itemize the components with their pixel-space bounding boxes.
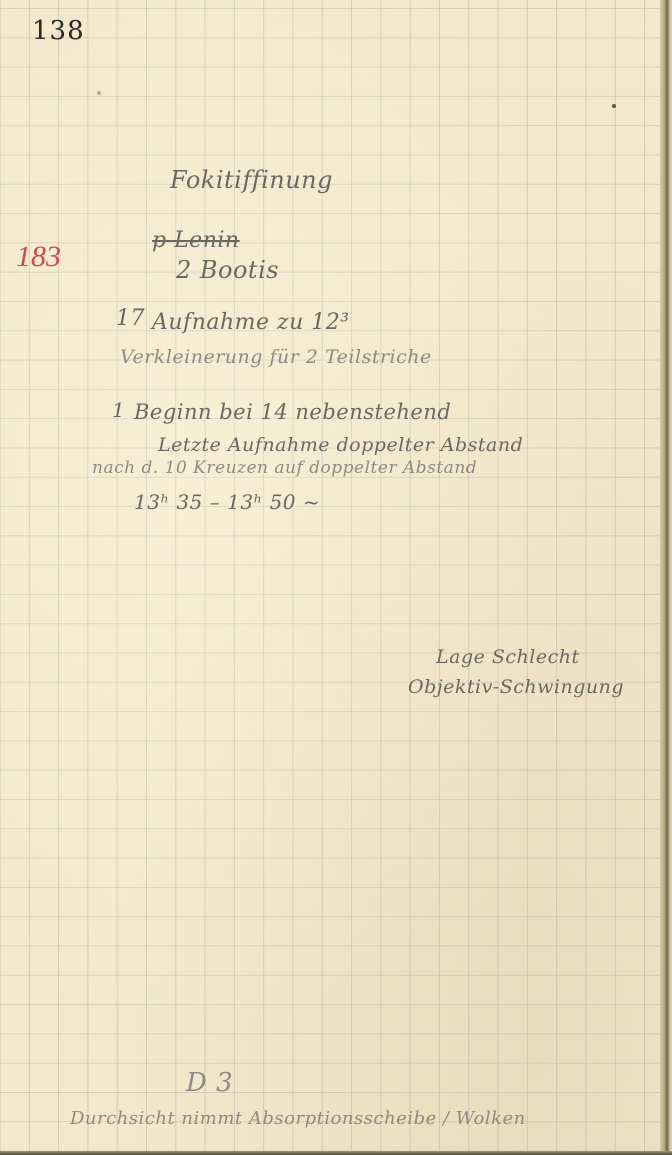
signature-line1: Lage Schlecht <box>436 646 580 668</box>
entry2-line1: Beginn bei 14 nebenstehend <box>134 400 451 424</box>
entry1-line1: Aufnahme zu 12³ <box>152 310 350 335</box>
entry2-line3: nach d. 10 Kreuzen auf doppelter Abstand <box>92 458 477 478</box>
page-bottom-edge <box>0 1151 672 1155</box>
entry1-number: 17 <box>116 306 145 331</box>
signature-line2: Objektiv-Schwingung <box>408 676 624 698</box>
notebook-page: 138 183 Fokitiffinung p Lenin 2 Bootis 1… <box>0 0 672 1155</box>
margin-annotation-number: 183 <box>16 240 61 274</box>
entry-subtitle: 2 Bootis <box>176 256 279 284</box>
entry2-line2: Letzte Aufnahme doppelter Abstand <box>158 434 523 456</box>
notebook-binding-edge <box>660 0 672 1155</box>
entry-title: Fokitiffinung <box>170 166 333 194</box>
footer-note: Durchsicht nimmt Absorptionsscheibe / Wo… <box>70 1108 526 1129</box>
ink-speck <box>612 104 616 108</box>
entry1-line2: Verkleinerung für 2 Teilstriche <box>120 346 432 368</box>
entry2-times: 13ʰ 35 – 13ʰ 50 ~ <box>134 490 320 514</box>
footer-code: D 3 <box>186 1068 233 1098</box>
entry2-number: 1 <box>112 398 125 422</box>
struck-out-line: p Lenin <box>152 228 240 253</box>
page-number: 138 <box>32 16 85 46</box>
ink-speck <box>97 91 101 95</box>
